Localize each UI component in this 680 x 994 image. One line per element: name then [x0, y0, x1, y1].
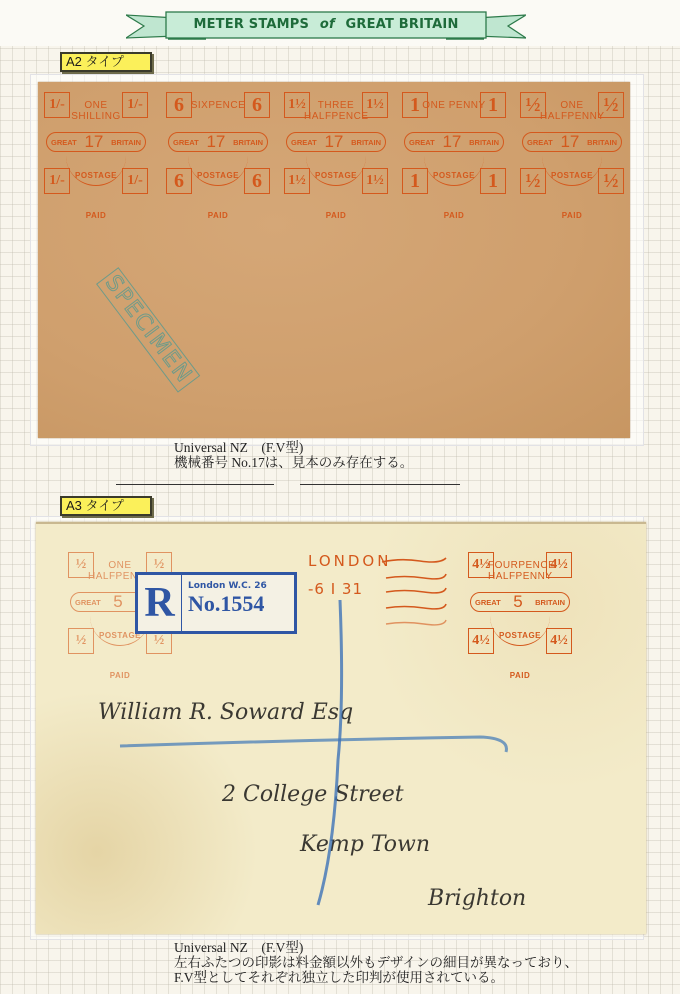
- value-corner: 1/-: [44, 168, 70, 194]
- value-corner: 1/-: [122, 168, 148, 194]
- band-word: GREAT: [173, 138, 199, 147]
- postage-paid-text: POSTAGE PAID: [490, 616, 550, 646]
- band-word: BRITAIN: [535, 598, 565, 607]
- value-corner: ½: [520, 168, 546, 194]
- address-line-street: 2 College Street: [222, 782, 404, 807]
- meter-stamp: 6666SIXPENCEGREAT17BRITAINPOSTAGE PAID: [164, 86, 272, 198]
- band-word: GREAT: [409, 138, 435, 147]
- caption-a3-line2: 左右ふたつの印影は料金額以外もデザインの細目が異なっており、: [174, 955, 578, 970]
- value-corner: 6: [244, 168, 270, 194]
- value-corner: ½: [68, 628, 94, 654]
- divider-left: [116, 484, 274, 485]
- great-britain-band: GREAT17BRITAIN: [404, 132, 504, 152]
- caption-a2-line2: 機械番号 No.17は、見本のみ存在する。: [174, 455, 413, 470]
- meter-stamp: ½½½½ONE HALFPENNYGREAT17BRITAINPOSTAGE P…: [518, 86, 626, 198]
- value-corner: 4½: [546, 628, 572, 654]
- postage-paid-text: POSTAGE PAID: [188, 156, 248, 186]
- postage-paid-text: POSTAGE PAID: [424, 156, 484, 186]
- meter-stamp: 1½1½1½1½THREE HALFPENCEGREAT17BRITAINPOS…: [282, 86, 390, 198]
- banner-title-part1: METER STAMPS: [193, 17, 309, 32]
- band-word: GREAT: [51, 138, 77, 147]
- value-text: ONE HALFPENNY: [540, 100, 604, 122]
- meter-stamp: 1/-1/-1/-1/-ONE SHILLINGGREAT17BRITAINPO…: [42, 86, 150, 198]
- postmark-city: LONDON: [308, 552, 391, 570]
- machine-number: 17: [206, 132, 225, 152]
- caption-a3-line3: F.V型としてそれぞれ独立した印判が使用されている。: [174, 970, 578, 985]
- caption-a2: Universal NZ (F.V型) 機械番号 No.17は、見本のみ存在する…: [174, 440, 413, 470]
- band-word: BRITAIN: [587, 138, 617, 147]
- value-corner: 4½: [468, 628, 494, 654]
- value-corner: 1½: [362, 168, 388, 194]
- postage-paid-text: POSTAGE PAID: [306, 156, 366, 186]
- value-text: ONE SHILLING: [64, 100, 128, 122]
- value-corner: 6: [166, 168, 192, 194]
- great-britain-band: GREAT17BRITAIN: [46, 132, 146, 152]
- band-word: BRITAIN: [351, 138, 381, 147]
- band-word: GREAT: [75, 598, 101, 607]
- great-britain-band: GREAT5BRITAIN: [470, 592, 570, 612]
- address-line-district: Kemp Town: [300, 832, 430, 857]
- machine-number: 17: [84, 132, 103, 152]
- value-text: ONE PENNY: [422, 100, 486, 111]
- divider-right: [300, 484, 460, 485]
- meter-stamp: 1111ONE PENNYGREAT17BRITAINPOSTAGE PAID: [400, 86, 508, 198]
- registration-office: London W.C. 26: [188, 581, 294, 591]
- banner-title-part2: GREAT BRITAIN: [346, 17, 459, 32]
- great-britain-band: GREAT17BRITAIN: [522, 132, 622, 152]
- caption-a2-line1: Universal NZ (F.V型): [174, 440, 413, 455]
- postage-paid-text: POSTAGE PAID: [66, 156, 126, 186]
- great-britain-band: GREAT17BRITAIN: [168, 132, 268, 152]
- band-word: BRITAIN: [233, 138, 263, 147]
- value-corner: 1½: [284, 168, 310, 194]
- postmark-date: -6 I 31: [308, 580, 391, 598]
- banner-title: METER STAMPS of GREAT BRITAIN: [180, 14, 472, 36]
- band-word: GREAT: [475, 598, 501, 607]
- machine-number: 17: [560, 132, 579, 152]
- band-word: BRITAIN: [469, 138, 499, 147]
- meter-stamp: 4½4½4½4½FOURPENCE HALFPENNYGREAT5BRITAIN…: [466, 546, 574, 658]
- value-text: THREE HALFPENCE: [304, 100, 368, 122]
- value-text: FOURPENCE HALFPENNY: [488, 560, 552, 582]
- value-corner: 1: [402, 168, 428, 194]
- machine-number: 5: [113, 592, 122, 612]
- machine-number: 17: [442, 132, 461, 152]
- type-label-a2: A2 タイプ: [60, 52, 152, 72]
- caption-a3-line1: Universal NZ (F.V型): [174, 940, 578, 955]
- value-corner: 1: [480, 168, 506, 194]
- registration-number: No.1554: [188, 591, 294, 617]
- registration-letter: R: [138, 575, 182, 631]
- machine-number: 17: [324, 132, 343, 152]
- postmark-wavy-lines: [380, 548, 450, 628]
- band-word: GREAT: [291, 138, 317, 147]
- caption-a3: Universal NZ (F.V型) 左右ふたつの印影は料金額以外もデザインの…: [174, 940, 578, 985]
- banner-title-of: of: [320, 17, 335, 32]
- band-word: BRITAIN: [111, 138, 141, 147]
- registration-label: R London W.C. 26 No.1554: [135, 572, 297, 634]
- band-word: GREAT: [527, 138, 553, 147]
- london-postmark: LONDON -6 I 31: [308, 552, 391, 598]
- value-corner: ½: [598, 168, 624, 194]
- address-line-name: William R. Soward Esq: [98, 700, 353, 725]
- machine-number: 5: [513, 592, 522, 612]
- title-banner: METER STAMPS of GREAT BRITAIN: [126, 10, 526, 42]
- postage-paid-text: POSTAGE PAID: [542, 156, 602, 186]
- great-britain-band: GREAT17BRITAIN: [286, 132, 386, 152]
- address-line-city: Brighton: [428, 886, 526, 911]
- type-label-a3: A3 タイプ: [60, 496, 152, 516]
- value-text: SIXPENCE: [186, 100, 250, 111]
